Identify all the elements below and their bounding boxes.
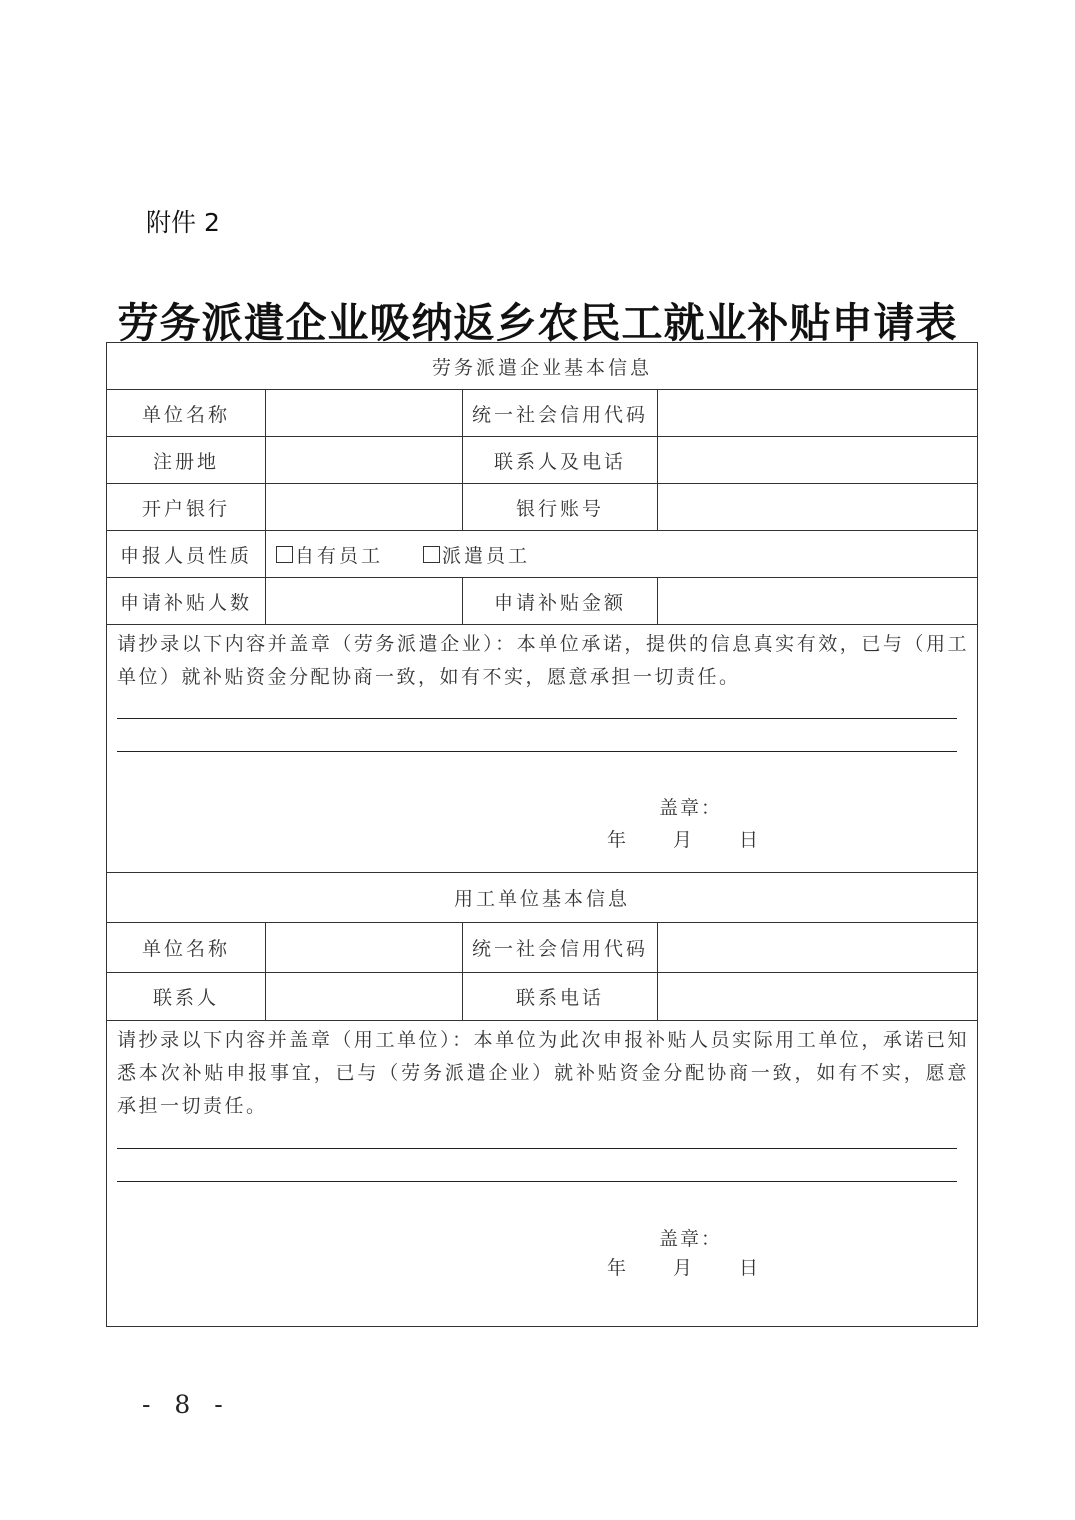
option-own-staff-label: 自有员工: [295, 541, 383, 568]
label-unit-name: 单位名称: [107, 390, 265, 436]
option-own-staff[interactable]: 自有员工: [276, 541, 383, 568]
section2-date-month: 月: [673, 1253, 692, 1280]
label-registered-address: 注册地: [107, 437, 265, 483]
section1-date-day: 日: [739, 825, 758, 852]
input-bank-account[interactable]: [657, 484, 977, 530]
section2-header-row: 用工单位基本信息: [107, 873, 977, 923]
label-employer-name: 单位名称: [107, 923, 265, 972]
input-bank[interactable]: [265, 484, 462, 530]
section1-row-personnel-type: 申报人员性质 自有员工 派遣员工: [107, 531, 977, 578]
input-employer-contact[interactable]: [265, 973, 462, 1020]
section2-declaration-text: 请抄录以下内容并盖章（用工单位）：本单位为此次申报补贴人员实际用工单位，承诺已知…: [117, 1024, 969, 1123]
input-unit-name[interactable]: [265, 390, 462, 436]
section2-row-contact: 联系人 联系电话: [107, 973, 977, 1021]
label-employer-phone: 联系电话: [462, 973, 657, 1020]
section1-row-subsidy: 申请补贴人数 申请补贴金额: [107, 578, 977, 625]
attachment-label: 附件 2: [146, 203, 220, 239]
section2-stamp-label: 盖章：: [659, 1224, 722, 1251]
input-subsidy-amount[interactable]: [657, 578, 977, 624]
label-contact-phone: 联系人及电话: [462, 437, 657, 483]
section1-stamp-label: 盖章：: [659, 793, 722, 820]
option-dispatched-staff[interactable]: 派遣员工: [423, 541, 530, 568]
input-registered-address[interactable]: [265, 437, 462, 483]
section1-declaration-text: 请抄录以下内容并盖章（劳务派遣企业）：本单位承诺，提供的信息真实有效，已与（用工…: [117, 628, 969, 694]
input-employer-phone[interactable]: [657, 973, 977, 1020]
option-dispatched-staff-label: 派遣员工: [442, 541, 530, 568]
page-number: - 8 -: [142, 1390, 231, 1419]
checkbox-dispatched-staff[interactable]: [423, 546, 440, 563]
section1-copy-line-2[interactable]: [117, 751, 957, 752]
label-subsidy-count: 申请补贴人数: [107, 578, 265, 624]
section1-header-row: 劳务派遣企业基本信息: [107, 343, 977, 390]
section2-header: 用工单位基本信息: [107, 873, 977, 922]
input-employer-credit-code[interactable]: [657, 923, 977, 972]
section2-date-day: 日: [739, 1253, 758, 1280]
checkbox-own-staff[interactable]: [276, 546, 293, 563]
label-credit-code: 统一社会信用代码: [462, 390, 657, 436]
section2-row-unit-name: 单位名称 统一社会信用代码: [107, 923, 977, 973]
section1-row-unit-name: 单位名称 统一社会信用代码: [107, 390, 977, 437]
input-credit-code[interactable]: [657, 390, 977, 436]
application-form-table: 劳务派遣企业基本信息 单位名称 统一社会信用代码 注册地 联系人及电话 开户银行…: [106, 342, 978, 1327]
label-bank: 开户银行: [107, 484, 265, 530]
section1-declaration-block: 请抄录以下内容并盖章（劳务派遣企业）：本单位承诺，提供的信息真实有效，已与（用工…: [107, 625, 977, 873]
section2-date-year: 年: [607, 1253, 626, 1280]
label-employer-contact: 联系人: [107, 973, 265, 1020]
input-subsidy-count[interactable]: [265, 578, 462, 624]
label-subsidy-amount: 申请补贴金额: [462, 578, 657, 624]
section1-date-month: 月: [673, 825, 692, 852]
label-personnel-type: 申报人员性质: [107, 531, 265, 577]
section2-declaration-block: 请抄录以下内容并盖章（用工单位）：本单位为此次申报补贴人员实际用工单位，承诺已知…: [107, 1021, 977, 1326]
form-title: 劳务派遣企业吸纳返乡农民工就业补贴申请表: [0, 290, 1075, 349]
input-employer-name[interactable]: [265, 923, 462, 972]
personnel-type-options: 自有员工 派遣员工: [265, 531, 977, 577]
section2-copy-line-2[interactable]: [117, 1181, 957, 1182]
section1-header: 劳务派遣企业基本信息: [107, 343, 977, 389]
section2-copy-line-1[interactable]: [117, 1148, 957, 1149]
input-contact-phone[interactable]: [657, 437, 977, 483]
label-employer-credit-code: 统一社会信用代码: [462, 923, 657, 972]
label-bank-account: 银行账号: [462, 484, 657, 530]
section1-row-registered-address: 注册地 联系人及电话: [107, 437, 977, 484]
section1-copy-line-1[interactable]: [117, 718, 957, 719]
section1-row-bank: 开户银行 银行账号: [107, 484, 977, 531]
section1-date-year: 年: [607, 825, 626, 852]
